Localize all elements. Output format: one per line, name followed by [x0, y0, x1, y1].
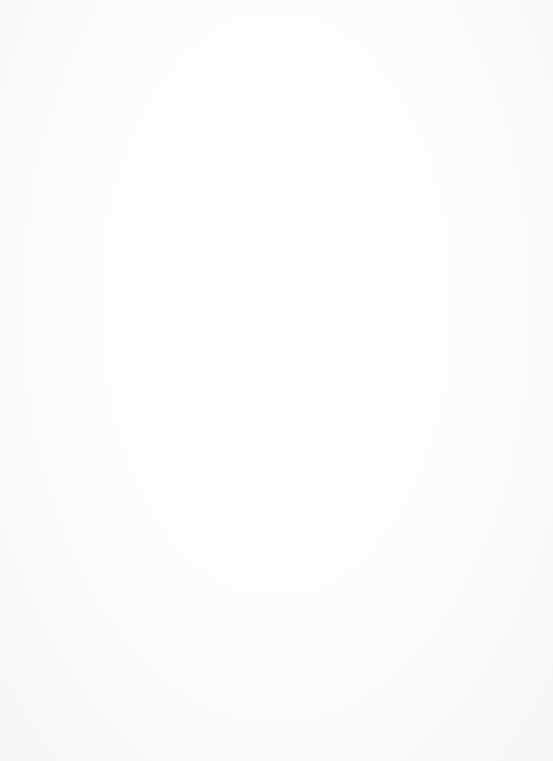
document-page — [0, 0, 553, 761]
